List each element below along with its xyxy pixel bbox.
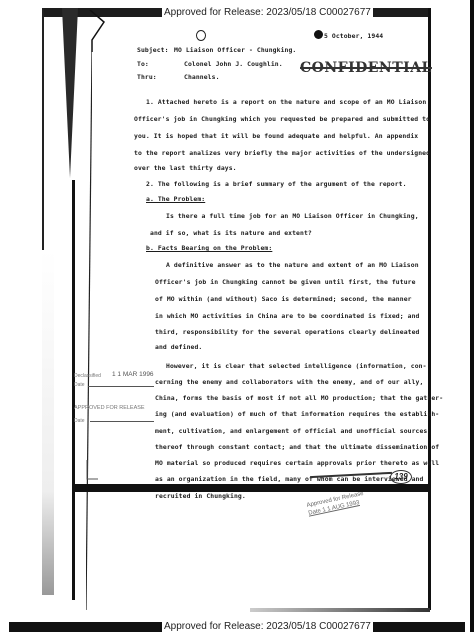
top-release-banner: Approved for Release: 2023/05/18 C000276… <box>162 8 373 18</box>
thru-value: Channels. <box>184 73 220 81</box>
right-page-edge <box>428 8 431 610</box>
section-a-heading: a. The Problem: <box>146 195 205 203</box>
bottom-release-banner: Approved for Release: 2023/05/18 C000276… <box>162 622 373 632</box>
section-b-p1-line1: A definitive answer as to the nature and… <box>166 261 419 269</box>
bottom-scan-smudge <box>250 608 430 612</box>
release-date-label: Date <box>74 418 85 424</box>
section-b-p1-line6: and defined. <box>155 343 202 351</box>
section-b-p1-line2: Officer's job in Chungking cannot be giv… <box>155 278 416 286</box>
section-a-line2: and if so, what is its nature and extent… <box>150 229 312 237</box>
to-label: To: <box>137 60 149 68</box>
section-b-p1-line4: in which MO activities in China are to b… <box>155 312 419 320</box>
section-b-p2-line6: thereof through constant contact; and th… <box>155 443 439 451</box>
para1-line2: Officer's job in Chungking which you req… <box>134 115 430 123</box>
para2: 2. The following is a brief summary of t… <box>146 180 407 188</box>
section-b-heading: b. Facts Bearing on the Problem: <box>146 244 272 252</box>
section-b-p1-line3: of MO within (and without) Saco is deter… <box>155 295 412 303</box>
release-label: APPROVED FOR RELEASE <box>74 405 145 411</box>
para1-line3: you. It is hoped that it will be found a… <box>134 132 418 140</box>
section-b-p1-line5: third, responsibility for the several op… <box>155 328 419 336</box>
para1-line5: over the last thirty days. <box>134 164 237 172</box>
para1-line1: 1. Attached hereto is a report on the na… <box>146 98 426 106</box>
section-b-p2-line2: cerning the enemy and collaborators with… <box>155 378 423 386</box>
section-b-p2-line9: recruited in Chungking. <box>155 492 246 500</box>
declassified-date-line <box>88 386 154 387</box>
left-gray-shadow <box>42 250 54 595</box>
seal-mark <box>196 30 206 41</box>
section-b-p2-line5: ment, cultivation, and enlargement of of… <box>155 427 427 435</box>
left-fold-line <box>86 50 92 610</box>
declassified-date-label: Date <box>74 382 85 388</box>
to-value: Colonel John J. Coughlin. <box>184 60 283 68</box>
section-a-line1: Is there a full time job for an MO Liais… <box>166 212 419 220</box>
ink-blot <box>314 30 323 39</box>
approval-stamp: Approved for Release Date 1 1 AUG 1993 <box>306 490 366 518</box>
section-b-p2-line7: MO material so produced requires certain… <box>155 459 439 467</box>
classification-stamp: CONFIDENTIAL <box>300 60 432 76</box>
right-scan-border <box>470 0 474 632</box>
folded-corner-line <box>88 10 114 52</box>
section-b-p2-line1: However, it is clear that selected intel… <box>166 362 427 370</box>
declassified-date: 1 1 MAR 1996 <box>112 371 154 378</box>
stamp-bracket <box>86 460 98 480</box>
page-bottom-edge-shadow <box>72 484 428 492</box>
left-inner-edge <box>72 180 75 600</box>
left-shadow-wedge <box>62 8 78 178</box>
letter-date: 5 October, 1944 <box>324 32 383 40</box>
section-b-p2-line8: as an organization in the field, many of… <box>155 475 423 483</box>
subject-label: Subject: <box>137 46 169 54</box>
para1-line4: to the report analizes very briefly the … <box>134 149 430 157</box>
subject-value: MO Liaison Officer - Chungking. <box>174 46 296 54</box>
declassified-label: Declassified <box>74 373 101 379</box>
release-date-line <box>90 421 154 422</box>
section-b-p2-line4: ing (and evaluation) of much of that inf… <box>155 410 439 418</box>
page-number: 139 <box>390 470 412 484</box>
section-b-p2-line3: China, forms the basis of most if not al… <box>155 394 443 402</box>
thru-label: Thru: <box>137 73 157 81</box>
